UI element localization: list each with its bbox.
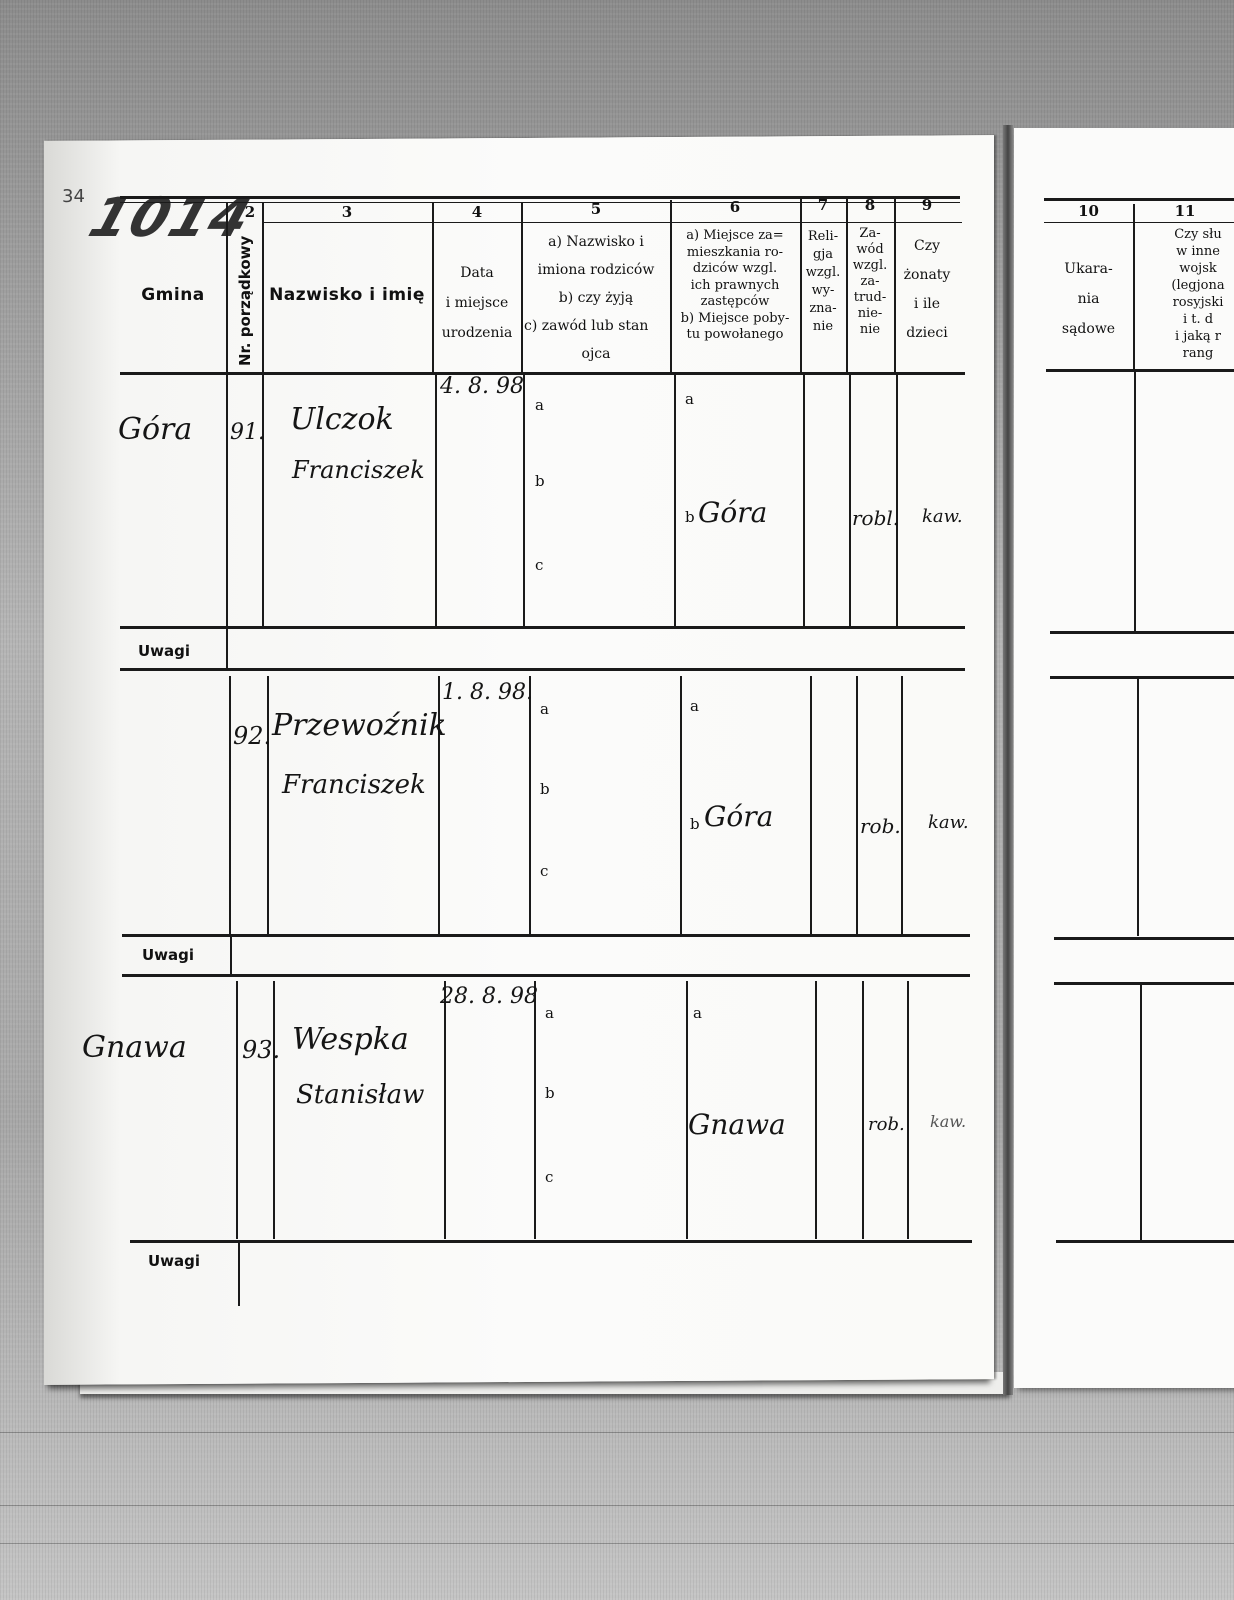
record-birth-date: 4. 8. 98 — [440, 374, 524, 399]
row-rule — [122, 974, 970, 977]
header-line: a) Miejsce za= — [670, 228, 800, 245]
row-rule — [1056, 1240, 1234, 1243]
sub-label-b: b — [540, 780, 550, 798]
col-divider — [856, 676, 858, 934]
record-residence: Góra — [698, 496, 767, 529]
header-line: zna- — [800, 300, 846, 318]
header-line: Czy słu — [1138, 226, 1234, 243]
sub-label-b: b — [535, 472, 545, 490]
header-line: c) zawód lub stan — [521, 312, 671, 340]
col-divider — [523, 374, 525, 627]
remarks-label: Uwagi — [148, 1252, 200, 1270]
scan-line — [0, 1505, 1234, 1506]
col-divider — [226, 628, 228, 670]
header-line: dziców wzgl. — [670, 261, 800, 278]
record-occupation: robl. — [852, 506, 899, 530]
col-number-7: 7 — [800, 196, 846, 214]
header-line: i miejsce — [432, 288, 522, 318]
sub-label-a: a — [693, 1004, 702, 1022]
header-line: Za- — [846, 226, 894, 242]
header-line: gja — [800, 246, 846, 264]
col-number-9: 9 — [894, 196, 960, 214]
sub-label-a: a — [540, 700, 549, 718]
sub-label-b: b — [545, 1084, 555, 1102]
col-divider — [1140, 984, 1142, 1240]
col-divider — [803, 374, 805, 627]
header-line: b) czy żyją — [521, 284, 671, 312]
header-line: w inne — [1138, 243, 1234, 260]
sub-label-c: c — [545, 1168, 553, 1186]
sub-label-b: b — [685, 508, 695, 526]
header-line: trud- — [846, 290, 894, 306]
col-divider — [226, 374, 228, 627]
col-divider — [1134, 372, 1136, 632]
header-residence: a) Miejsce za= mieszkania ro- dziców wzg… — [670, 228, 800, 344]
row-rule — [122, 934, 970, 937]
col-divider — [238, 1242, 240, 1306]
record-occupation: rob. — [868, 1114, 905, 1135]
sub-label-c: c — [540, 862, 548, 880]
col-number-4: 4 — [432, 203, 522, 221]
record-given-name: Franciszek — [292, 456, 425, 484]
header-married: Czy żonaty i ile dzieci — [894, 232, 960, 348]
header-line: rosyjski — [1138, 294, 1234, 311]
header-line: nia — [1044, 284, 1133, 314]
header-line: mieszkania ro- — [670, 245, 800, 262]
header-line: Data — [432, 258, 522, 288]
remarks-label: Uwagi — [142, 946, 194, 964]
record-married: kaw. — [930, 1112, 966, 1131]
header-line: Reli- — [800, 228, 846, 246]
header-line: nie- — [846, 306, 894, 322]
header-bottom-rule — [1046, 369, 1234, 372]
col-divider — [226, 202, 228, 374]
record-gmina: Gnawa — [82, 1030, 187, 1065]
row-rule — [1054, 982, 1234, 985]
header-military-service: Czy słu w inne wojsk (legjona rosyjski i… — [1138, 226, 1234, 362]
header-line: wy- — [800, 282, 846, 300]
header-line: b) Miejsce poby- — [670, 311, 800, 328]
row-rule — [1050, 631, 1234, 634]
header-line: i t. d — [1138, 311, 1234, 328]
sub-label-a: a — [535, 396, 544, 414]
record-given-name: Stanisław — [296, 1080, 424, 1110]
header-line: wojsk — [1138, 260, 1234, 277]
col-number-6: 6 — [670, 198, 800, 216]
header-line: urodzenia — [432, 318, 522, 348]
sub-label-b: b — [690, 815, 700, 833]
sub-label-a: a — [685, 390, 694, 408]
header-religion: Reli- gja wzgl. wy- zna- nie — [800, 228, 846, 336]
col-divider — [849, 374, 851, 627]
record-surname: Wespka — [292, 1022, 409, 1057]
record-surname: Ulczok — [290, 402, 394, 437]
col-number-8: 8 — [846, 196, 894, 214]
header-line: sądowe — [1044, 314, 1133, 344]
header-line: i ile — [894, 290, 960, 319]
header-court-penalties: Ukara- nia sądowe — [1044, 254, 1133, 344]
colnum-rule — [1044, 222, 1234, 223]
col-divider — [815, 981, 817, 1239]
col-divider — [1137, 678, 1139, 936]
row-rule — [1054, 937, 1234, 940]
scan-line — [0, 1543, 1234, 1544]
header-line: wzgl. — [846, 258, 894, 274]
header-line: wód — [846, 242, 894, 258]
col-divider — [236, 981, 238, 1239]
col-divider — [435, 374, 437, 627]
header-line: a) Nazwisko i — [521, 228, 671, 256]
header-occupation: Za- wód wzgl. za- trud- nie- nie — [846, 226, 894, 338]
book-gutter — [1003, 125, 1013, 1395]
record-nr: 91. — [230, 420, 265, 445]
sub-label-c: c — [535, 556, 543, 574]
header-parents: a) Nazwisko i imiona rodziców b) czy żyj… — [521, 228, 671, 368]
header-birth: Data i miejsce urodzenia — [432, 258, 522, 348]
col-number-2: 2 — [240, 203, 260, 221]
col-number-5: 5 — [521, 200, 671, 218]
header-line: tu powołanego — [670, 327, 800, 344]
header-line: wzgl. — [800, 264, 846, 282]
record-given-name: Franciszek — [282, 770, 426, 800]
header-line: zastępców — [670, 294, 800, 311]
header-line: i jaką r — [1138, 328, 1234, 345]
sub-label-a: a — [545, 1004, 554, 1022]
col-number-10: 10 — [1044, 202, 1133, 220]
table-top-rule — [1044, 198, 1234, 201]
header-line: za- — [846, 274, 894, 290]
col-divider — [229, 676, 231, 934]
record-residence: Góra — [704, 800, 773, 833]
col-divider — [267, 676, 269, 934]
header-line: żonaty — [894, 261, 960, 290]
col-divider — [896, 374, 898, 627]
page-mark: 34 — [62, 186, 85, 207]
col-number-3: 3 — [262, 203, 432, 221]
record-residence: Gnawa — [688, 1108, 786, 1141]
col-divider — [907, 981, 909, 1239]
header-line: rang — [1138, 345, 1234, 362]
record-nr: 93. — [242, 1036, 280, 1064]
record-married: kaw. — [922, 506, 963, 527]
col-number-11: 11 — [1135, 202, 1234, 220]
col-divider — [810, 676, 812, 934]
col-divider — [230, 936, 232, 976]
col-divider — [680, 676, 682, 934]
header-line: Czy — [894, 232, 960, 261]
record-married: kaw. — [928, 812, 969, 833]
col-divider — [674, 374, 676, 627]
col-divider — [444, 981, 446, 1239]
header-nazwisko-imie: Nazwisko i imię — [262, 287, 432, 304]
colnum-rule — [262, 222, 962, 223]
record-surname: Przewoźnik — [272, 708, 447, 743]
col-divider — [529, 676, 531, 934]
header-bottom-rule — [120, 372, 965, 375]
col-divider — [1133, 204, 1135, 371]
row-rule — [1050, 676, 1234, 679]
header-line: nie — [800, 318, 846, 336]
header-line: dzieci — [894, 319, 960, 348]
header-line: ich prawnych — [670, 278, 800, 295]
header-line: nie — [846, 322, 894, 338]
sub-label-a: a — [690, 697, 699, 715]
record-nr: 92. — [233, 722, 271, 750]
col-divider — [534, 981, 536, 1239]
header-line: (legjona — [1138, 277, 1234, 294]
col-divider — [901, 676, 903, 934]
record-gmina: Góra — [118, 412, 192, 447]
record-birth-date: 1. 8. 98. — [442, 680, 533, 705]
header-gmina: Gmina — [120, 287, 226, 304]
row-rule — [120, 668, 965, 671]
header-line: Ukara- — [1044, 254, 1133, 284]
col-divider — [262, 374, 264, 627]
header-nr-porzadkowy: Nr. porządkowy — [236, 236, 254, 366]
record-birth-date: 28. 8. 98 — [440, 984, 538, 1009]
scan-line — [0, 1432, 1234, 1433]
row-rule — [130, 1240, 972, 1243]
col-divider — [862, 981, 864, 1239]
header-line: imiona rodziców — [521, 256, 671, 284]
col-divider — [273, 981, 275, 1239]
row-rule — [120, 626, 965, 629]
remarks-label: Uwagi — [138, 642, 190, 660]
record-occupation: rob. — [860, 814, 901, 838]
header-line: ojca — [521, 340, 671, 368]
